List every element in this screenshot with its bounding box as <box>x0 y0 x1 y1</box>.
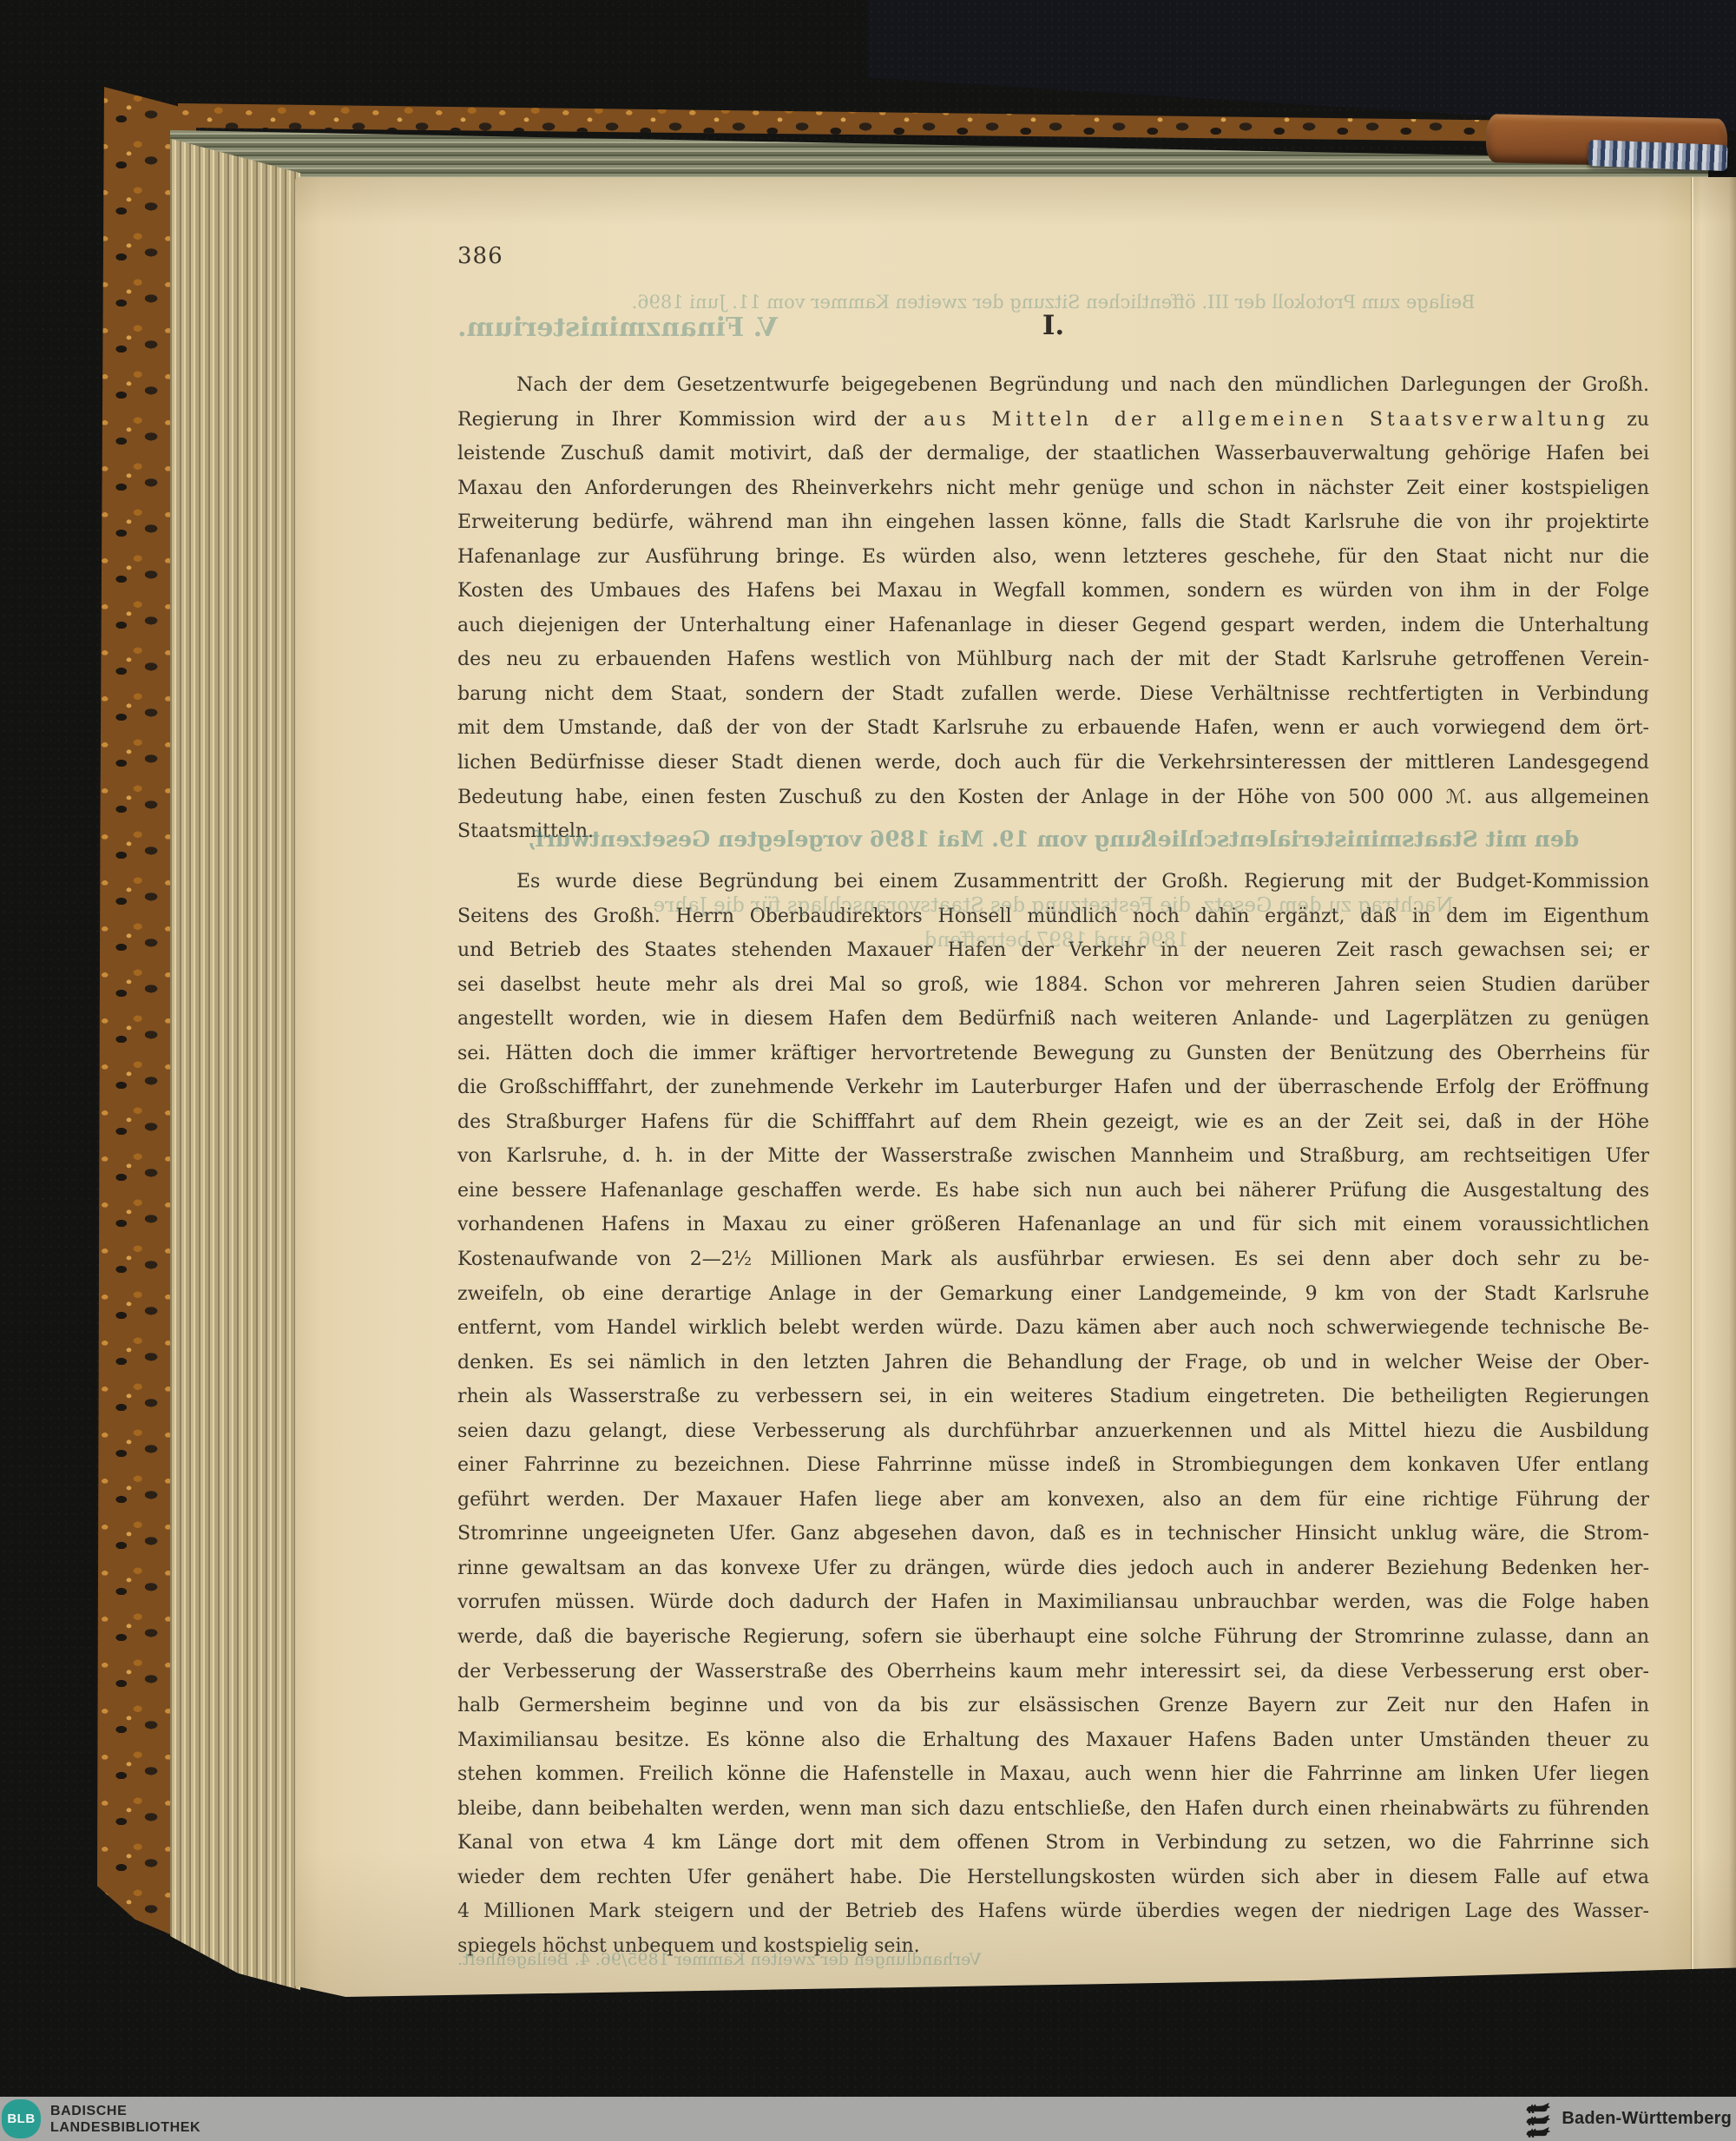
text-line: Maxau den Anforderungen des Rheinverkehr… <box>457 471 1649 506</box>
bleedthrough-ghost-text: V. Finanzministerium. <box>457 313 1649 343</box>
bleedthrough-ghost-text: Beilage zum Protokoll der III. öffentlic… <box>457 292 1649 313</box>
text-line: mit dem Umstande, daß der von der Stadt … <box>457 711 1649 746</box>
bleedthrough-ghost-text: den mit Staatsministerialentschließung v… <box>457 827 1649 852</box>
text-line: Stromrinne ungeeigneten Ufer. Ganz abges… <box>457 1517 1649 1551</box>
text-line: Nach der dem Gesetzentwurfe beigegebenen… <box>457 368 1649 403</box>
text-line: rinne gewaltsam an das konvexe Ufer zu d… <box>457 1551 1649 1586</box>
text-line: halb Germersheim beginne und von da bis … <box>457 1689 1649 1723</box>
text-line: seien dazu gelangt, diese Verbesserung a… <box>457 1414 1649 1449</box>
text-line: 4 Millionen Mark steigern und der Betrie… <box>457 1894 1649 1929</box>
state-name: Baden-Württemberg <box>1562 2109 1732 2129</box>
text-line: werde, daß die bayerische Regierung, sof… <box>457 1620 1649 1655</box>
library-name: BADISCHE LANDESBIBLIOTHEK <box>50 2103 201 2136</box>
text-line: sei daselbst heute mehr als drei Mal so … <box>457 968 1649 1003</box>
text-line: Kosten des Umbaues des Hafens bei Maxau … <box>457 574 1649 609</box>
page-surface: 386 I. Nach der dem Gesetzentwurfe beige… <box>295 177 1736 1997</box>
text-line: Hafenanlage zur Ausführung bringe. Es wü… <box>457 540 1649 575</box>
text-line: barung nicht dem Staat, sondern der Stad… <box>457 677 1649 712</box>
text-line: Regierung in Ihrer Kommission wird der a… <box>457 403 1649 438</box>
text-line: des Straßburger Hafens für die Schifffah… <box>457 1105 1649 1140</box>
gutter-crease <box>1691 177 1736 1997</box>
text-line: stehen kommen. Freilich könne die Hafens… <box>457 1757 1649 1792</box>
text-line: eine bessere Hafenanlage geschaffen werd… <box>457 1174 1649 1209</box>
bleedthrough-ghost-text: 1896 und 1897 betreffend. <box>457 929 1649 952</box>
blb-logo-text: BLB <box>7 2111 35 2126</box>
text-line: auch diejenigen der Unterhaltung einer H… <box>457 609 1649 643</box>
baden-wuerttemberg-lions-icon <box>1523 2100 1553 2138</box>
text-line: denken. Es sei nämlich in den letzten Ja… <box>457 1346 1649 1380</box>
library-name-line2: LANDESBIBLIOTHEK <box>50 2119 201 2136</box>
body-paragraph-1: Nach der dem Gesetzentwurfe beigegebenen… <box>457 368 1649 849</box>
text-line: die Großschifffahrt, der zunehmende Verk… <box>457 1070 1649 1105</box>
library-name-line1: BADISCHE <box>50 2103 201 2119</box>
text-line: der Verbesserung der Wasserstraße des Ob… <box>457 1655 1649 1690</box>
scan-viewer-canvas: 386 I. Nach der dem Gesetzentwurfe beige… <box>0 0 1736 2141</box>
text-line: leistende Zuschuß damit motivirt, daß de… <box>457 437 1649 471</box>
text-line: zweifeln, ob eine derartige Anlage in de… <box>457 1277 1649 1312</box>
text-line: vorhandenen Hafens in Maxau zu einer grö… <box>457 1208 1649 1242</box>
text-line: vorrufen müssen. Würde doch dadurch der … <box>457 1585 1649 1620</box>
viewer-footer-bar: BLB BADISCHE LANDESBIBLIOTHEK Baden-Würt… <box>0 2097 1736 2141</box>
text-line: Kanal von etwa 4 km Länge dort mit dem o… <box>457 1826 1649 1861</box>
blb-logo: BLB <box>2 2099 41 2138</box>
text-line: sei. Hätten doch die immer kräftiger her… <box>457 1037 1649 1071</box>
text-line: Erweiterung bedürfe, während man ihn ein… <box>457 505 1649 540</box>
letterspaced-emphasis: aus Mitteln der allgemeinen Staatsverwal… <box>924 409 1609 431</box>
text-line: einer Fahrrinne zu bezeichnen. Diese Fah… <box>457 1448 1649 1483</box>
text-line: wieder dem rechten Ufer genähert habe. D… <box>457 1861 1649 1895</box>
text-line: geführt werden. Der Maxauer Hafen liege … <box>457 1483 1649 1518</box>
text-line: rhein als Wasserstraße zu verbessern sei… <box>457 1380 1649 1414</box>
page-number: 386 <box>457 243 503 269</box>
text-line: lichen Bedürfnisse dieser Stadt dienen w… <box>457 746 1649 781</box>
text-line: des neu zu erbauenden Hafens westlich vo… <box>457 642 1649 677</box>
bleedthrough-ghost-text: Verhandlungen der zweiten Kammer 1895/96… <box>457 1950 1649 1969</box>
text-line: angestellt worden, wie in diesem Hafen d… <box>457 1002 1649 1037</box>
bleedthrough-ghost-text: Nachtrag zu dem Gesetz, die Festsetzung … <box>457 894 1649 917</box>
body-paragraph-2: Es wurde diese Begründung bei einem Zusa… <box>457 865 1649 1964</box>
endband <box>1588 140 1727 171</box>
text-line: bleibe, dann beibehalten werden, wenn ma… <box>457 1792 1649 1827</box>
text-line: entfernt, vom Handel wirklich belebt wer… <box>457 1311 1649 1346</box>
text-line: Maximiliansau besitze. Es könne also die… <box>457 1723 1649 1758</box>
text-line: Bedeutung habe, einen festen Zuschuß zu … <box>457 781 1649 815</box>
fore-edge-page-stack <box>170 130 300 1990</box>
text-line: von Karlsruhe, d. h. in der Mitte der Wa… <box>457 1139 1649 1174</box>
text-line: Kostenaufwande von 2—2½ Millionen Mark a… <box>457 1242 1649 1277</box>
